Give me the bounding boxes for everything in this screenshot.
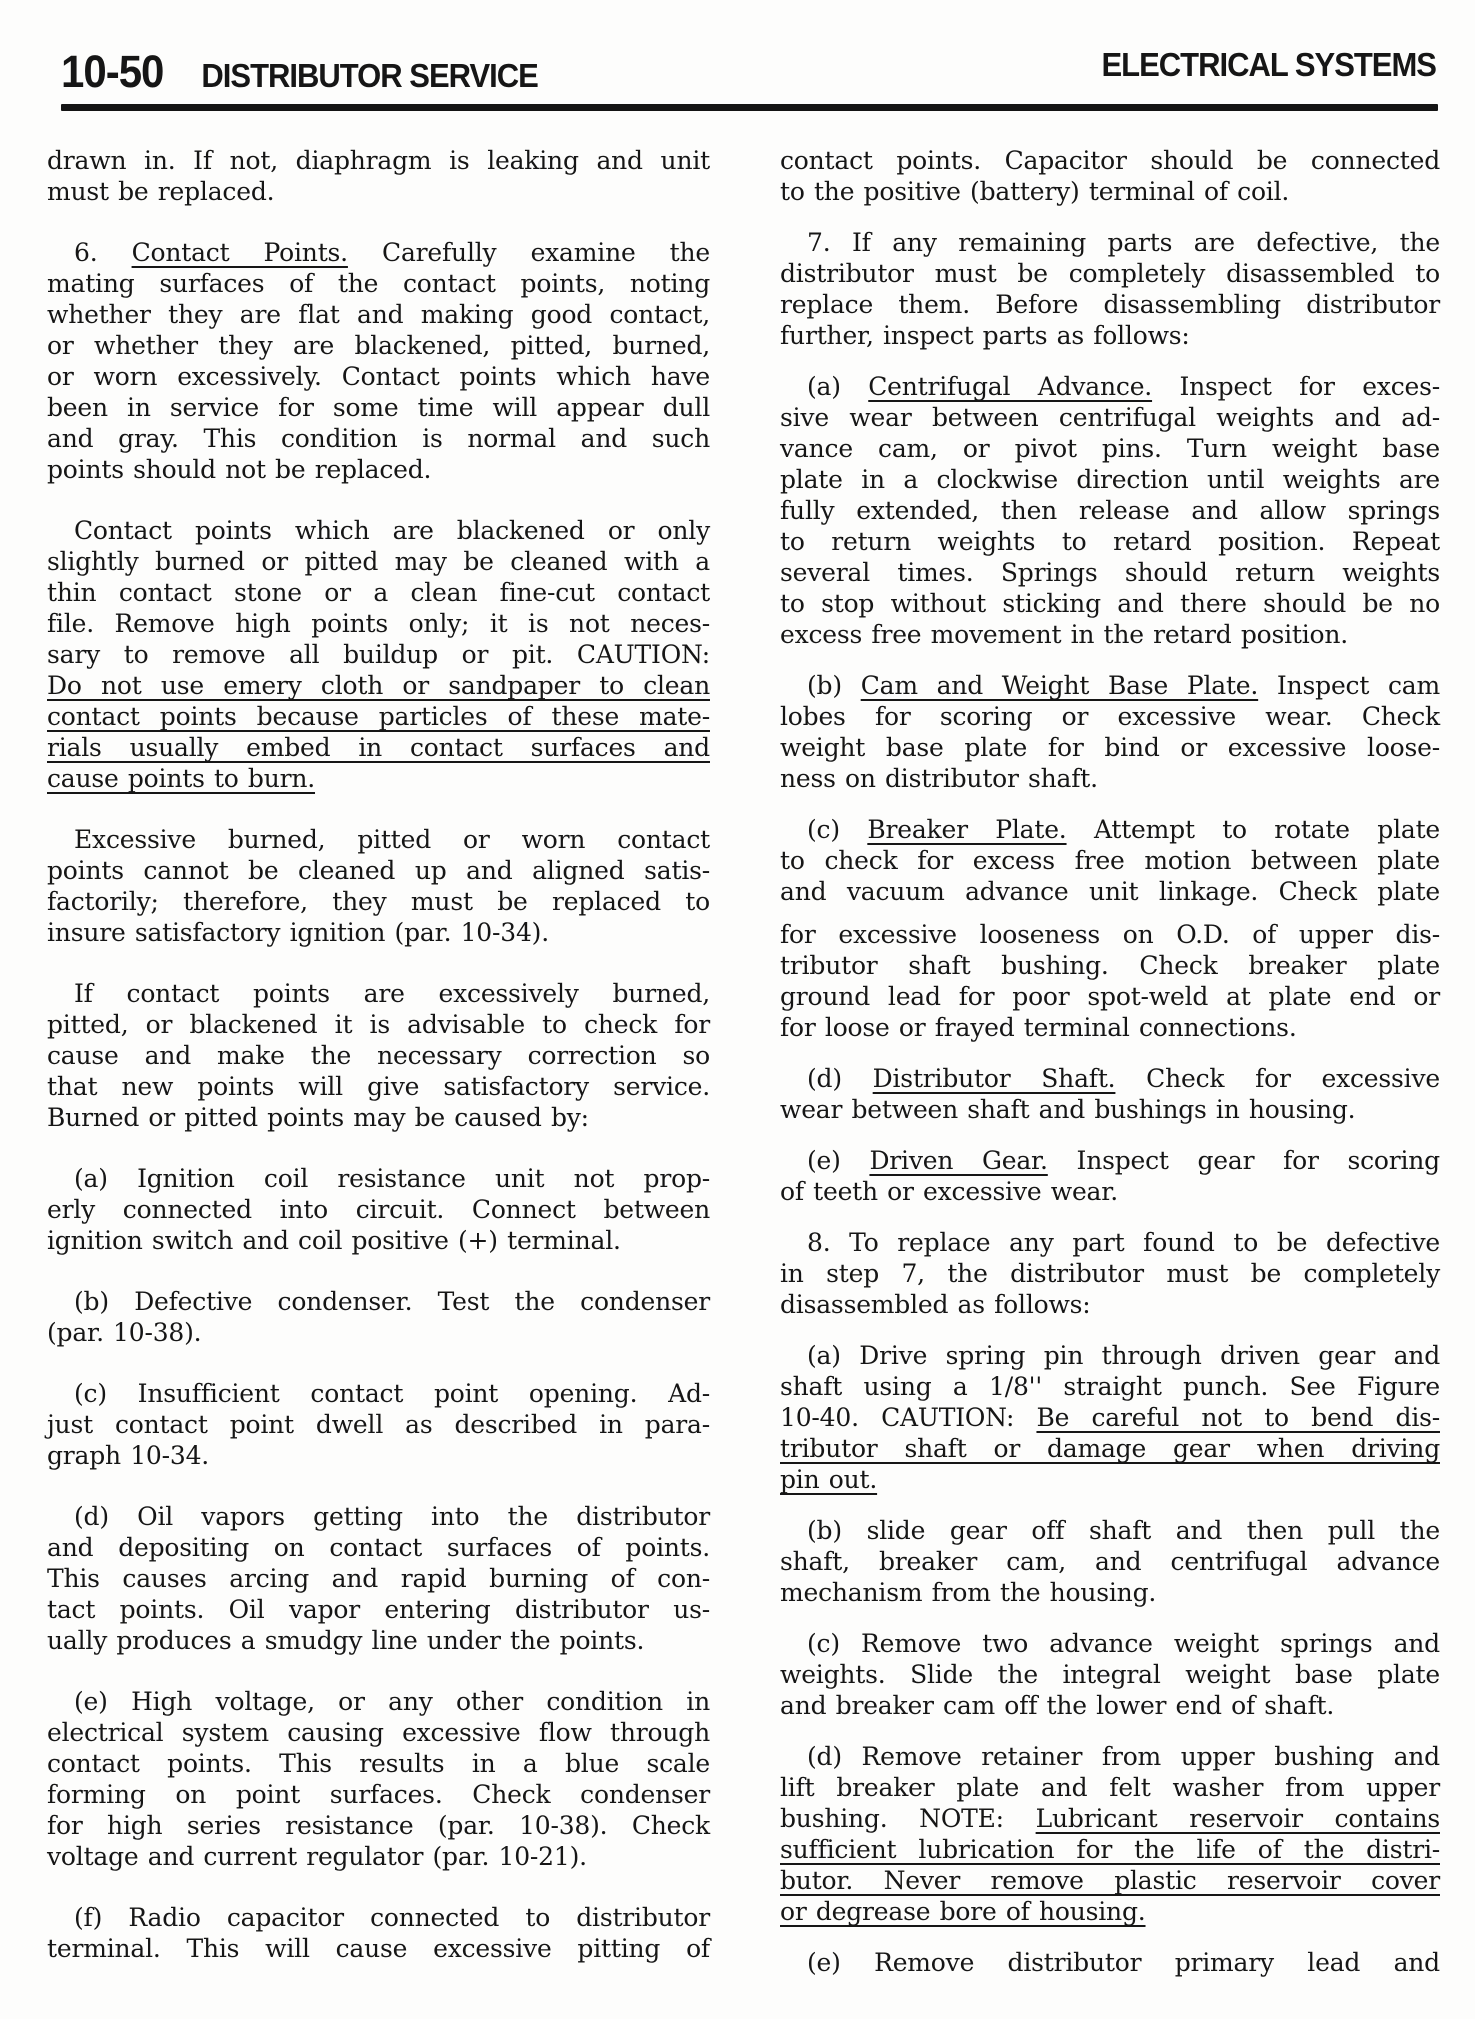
page-body: drawn in. If not, diaphragm is leaking a… [47,145,1440,1978]
paragraph: 6. Contact Points. Carefully examine the… [47,237,710,485]
text-segment: to check for excess free motion between … [780,846,1440,875]
text-line: plate in a clockwise direction until wei… [780,464,1440,495]
text-segment: (f) Radio capacitor connected to distrib… [74,1903,710,1932]
text-line: disassembled as follows: [780,1289,1440,1320]
header-left: 10-50 DISTRIBUTOR SERVICE [61,46,538,98]
underlined-text: Contact Points. [132,238,348,267]
text-line: (c) Breaker Plate. Attempt to rotate pla… [780,814,1440,845]
text-segment: just contact point dwell as described in… [47,1410,710,1439]
text-segment: for high series resistance (par. 10-38).… [47,1811,710,1840]
text-segment: lift breaker plate and felt washer from … [780,1773,1440,1802]
paragraph: (b) Cam and Weight Base Plate. Inspect c… [780,670,1440,794]
paragraph: 7. If any remaining parts are defective,… [780,227,1440,351]
text-line: Burned or pitted points may be caused by… [47,1102,710,1133]
text-line: been in service for some time will appea… [47,392,710,423]
text-line: (d) Distributor Shaft. Check for excessi… [780,1063,1440,1094]
chapter-title: ELECTRICAL SYSTEMS [1101,46,1436,85]
text-line: and gray. This condition is normal and s… [47,423,710,454]
text-segment: (d) [807,1064,873,1093]
text-line: slightly burned or pitted may be cleaned… [47,546,710,577]
text-line: replace them. Before disassembling distr… [780,289,1440,320]
text-segment: If contact points are excessively burned… [74,979,710,1008]
text-line: (a) Centrifugal Advance. Inspect for exc… [780,371,1440,402]
text-segment: (c) [807,815,867,844]
text-line: (b) Cam and Weight Base Plate. Inspect c… [780,670,1440,701]
text-segment: mechanism from the housing. [780,1578,1156,1607]
text-segment: This causes arcing and rapid burning of … [47,1564,710,1593]
text-line: (e) High voltage, or any other condition… [47,1686,710,1717]
text-segment: (b) [807,671,861,700]
text-segment: Carefully examine the [348,238,710,267]
underlined-text: Centrifugal Advance. [868,372,1152,401]
paragraph: (b) Defective condenser. Test the conden… [47,1286,710,1348]
paragraph: (d) Remove retainer from upper bushing a… [780,1741,1440,1927]
text-line: terminal. This will cause excessive pitt… [47,1933,710,1964]
underlined-text: or degrease bore of housing. [780,1897,1146,1926]
text-line: just contact point dwell as described in… [47,1409,710,1440]
text-line: (b) Defective condenser. Test the conden… [47,1286,710,1317]
text-segment: whether they are flat and making good co… [47,300,710,329]
text-segment: shaft using a 1/8'' straight punch. See … [780,1372,1440,1401]
text-line: pitted, or blackened it is advisable to … [47,1009,710,1040]
text-segment: pitted, or blackened it is advisable to … [47,1010,710,1039]
text-line: for high series resistance (par. 10-38).… [47,1810,710,1841]
text-segment: points cannot be cleaned up and aligned … [47,856,710,885]
page-number: 10-50 [61,46,163,98]
text-line: (d) Remove retainer from upper bushing a… [780,1741,1440,1772]
text-line: ground lead for poor spot-weld at plate … [780,981,1440,1012]
text-segment: Inspect cam [1258,671,1440,700]
text-line: ignition switch and coil positive (+) te… [47,1225,710,1256]
text-segment: terminal. This will cause excessive pitt… [47,1934,710,1963]
text-line: fully extended, then release and allow s… [780,495,1440,526]
text-line: for loose or frayed terminal connections… [780,1012,1440,1043]
text-line: weight base plate for bind or excessive … [780,732,1440,763]
underlined-text: Distributor Shaft. [873,1064,1116,1093]
text-segment: that new points will give satisfactory s… [47,1072,710,1101]
text-line: and vacuum advance unit linkage. Check p… [780,876,1440,907]
text-line: whether they are flat and making good co… [47,299,710,330]
paragraph: (c) Insufficient contact point opening. … [47,1378,710,1471]
paragraph: (a) Drive spring pin through driven gear… [780,1340,1440,1495]
text-line: cause points to burn. [47,763,710,794]
text-line: (b) slide gear off shaft and then pull t… [780,1515,1440,1546]
text-segment: further, inspect parts as follows: [780,321,1190,350]
text-line: contact points because particles of thes… [47,701,710,732]
text-line: or degrease bore of housing. [780,1896,1440,1927]
page-header: 10-50 DISTRIBUTOR SERVICE ELECTRICAL SYS… [47,46,1440,98]
paragraph: (f) Radio capacitor connected to distrib… [47,1902,710,1964]
text-segment: (c) Insufficient contact point opening. … [74,1379,710,1408]
text-segment: weight base plate for bind or excessive … [780,733,1440,762]
text-line: mating surfaces of the contact points, n… [47,268,710,299]
paragraph: (e) High voltage, or any other condition… [47,1686,710,1872]
section-title: DISTRIBUTOR SERVICE [201,57,537,96]
text-line: that new points will give satisfactory s… [47,1071,710,1102]
text-segment: and depositing on contact surfaces of po… [47,1533,710,1562]
text-line: drawn in. If not, diaphragm is leaking a… [47,145,710,176]
text-line: lift breaker plate and felt washer from … [780,1772,1440,1803]
text-line: and breaker cam off the lower end of sha… [780,1690,1440,1721]
text-line: further, inspect parts as follows: [780,320,1440,351]
text-segment: Attempt to rotate plate [1067,815,1440,844]
text-segment: and gray. This condition is normal and s… [47,424,710,453]
paragraph: (d) Oil vapors getting into the distribu… [47,1501,710,1656]
text-segment: Inspect gear for scoring [1048,1146,1440,1175]
paragraph: (a) Centrifugal Advance. Inspect for exc… [780,371,1440,650]
text-line: (e) Remove distributor primary lead and [780,1947,1440,1978]
text-line: (a) Drive spring pin through driven gear… [780,1340,1440,1371]
text-line: ness on distributor shaft. [780,763,1440,794]
text-line: electrical system causing excessive flow… [47,1717,710,1748]
text-segment: shaft, breaker cam, and centrifugal adva… [780,1547,1440,1576]
header-rule [61,104,1438,111]
text-line: sary to remove all buildup or pit. CAUTI… [47,639,710,670]
text-segment: slightly burned or pitted may be cleaned… [47,547,710,576]
text-segment: ground lead for poor spot-weld at plate … [780,982,1440,1011]
text-line: wear between shaft and bushings in housi… [780,1094,1440,1125]
text-segment: file. Remove high points only; it is not… [47,609,710,638]
paragraph: 8. To replace any part found to be defec… [780,1227,1440,1320]
text-segment: bushing. NOTE: [780,1804,1036,1833]
text-segment: replace them. Before disassembling distr… [780,290,1440,319]
text-line: shaft using a 1/8'' straight punch. See … [780,1371,1440,1402]
text-segment: ness on distributor shaft. [780,764,1098,793]
text-segment: (e) [807,1146,869,1175]
text-segment: in step 7, the distributor must be compl… [780,1259,1440,1288]
text-segment: and vacuum advance unit linkage. Check p… [780,877,1440,906]
text-line: mechanism from the housing. [780,1577,1440,1608]
manual-page: 10-50 DISTRIBUTOR SERVICE ELECTRICAL SYS… [0,0,1475,2019]
underlined-text: Driven Gear. [869,1146,1047,1175]
text-segment: lobes for scoring or excessive wear. Che… [780,702,1440,731]
text-line: tributor shaft bushing. Check breaker pl… [780,950,1440,981]
text-line: for excessive looseness on O.D. of upper… [780,919,1440,950]
text-segment: (d) Remove retainer from upper bushing a… [807,1742,1440,1771]
text-segment: tributor shaft bushing. Check breaker pl… [780,951,1440,980]
text-line: sive wear between centrifugal weights an… [780,402,1440,433]
text-line: ually produces a smudgy line under the p… [47,1625,710,1656]
text-segment: vance cam, or pivot pins. Turn weight ba… [780,434,1440,463]
text-segment: erly connected into circuit. Connect bet… [47,1195,710,1224]
text-line: of teeth or excessive wear. [780,1176,1440,1207]
paragraph: Excessive burned, pitted or worn contact… [47,824,710,948]
text-segment: of teeth or excessive wear. [780,1177,1118,1206]
text-line: in step 7, the distributor must be compl… [780,1258,1440,1289]
text-line: pin out. [780,1464,1440,1495]
text-line: 7. If any remaining parts are defective,… [780,227,1440,258]
paragraph: (c) Breaker Plate. Attempt to rotate pla… [780,814,1440,907]
text-segment: several times. Springs should return wei… [780,558,1440,587]
text-segment: (e) High voltage, or any other condition… [74,1687,710,1716]
underlined-text: sufficient lubrication for the life of t… [780,1835,1440,1864]
text-segment: (a) [807,372,868,401]
text-segment: for excessive looseness on O.D. of upper… [780,920,1440,949]
text-segment: distributor must be completely disassemb… [780,259,1440,288]
text-segment: 10-40. CAUTION: [780,1403,1036,1432]
text-line: weights. Slide the integral weight base … [780,1659,1440,1690]
text-line: contact points. This results in a blue s… [47,1748,710,1779]
text-line: Contact points which are blackened or on… [47,515,710,546]
text-segment: Contact points which are blackened or on… [74,516,710,545]
paragraph: (e) Remove distributor primary lead and [780,1947,1440,1978]
text-segment: cause and make the necessary correction … [47,1041,710,1070]
text-segment: 7. If any remaining parts are defective,… [807,228,1440,257]
text-segment: graph 10-34. [47,1441,209,1470]
text-segment: must be replaced. [47,177,274,206]
text-line: Do not use emery cloth or sandpaper to c… [47,670,710,701]
text-line: (par. 10-38). [47,1317,710,1348]
text-segment: (b) Defective condenser. Test the conden… [74,1287,710,1316]
text-segment: contact points. This results in a blue s… [47,1749,710,1778]
underlined-text: contact points because particles of thes… [47,702,710,731]
text-segment: (a) Ignition coil resistance unit not pr… [74,1164,710,1193]
underlined-text: rials usually embed in contact surfaces … [47,733,710,762]
text-line: points should not be replaced. [47,454,710,485]
text-line: butor. Never remove plastic reservoir co… [780,1865,1440,1896]
text-segment: contact points. Capacitor should be conn… [780,146,1440,175]
text-segment: insure satisfactory ignition (par. 10-34… [47,918,549,947]
text-line: forming on point surfaces. Check condens… [47,1779,710,1810]
text-segment: to return weights to retard position. Re… [780,527,1440,556]
text-line: (a) Ignition coil resistance unit not pr… [47,1163,710,1194]
text-segment: 6. [74,238,132,267]
text-segment: Burned or pitted points may be caused by… [47,1103,589,1132]
text-line: and depositing on contact surfaces of po… [47,1532,710,1563]
text-line: must be replaced. [47,176,710,207]
text-segment: (e) Remove distributor primary lead and [807,1948,1440,1977]
text-line: or worn excessively. Contact points whic… [47,361,710,392]
text-line: vance cam, or pivot pins. Turn weight ba… [780,433,1440,464]
underlined-text: Breaker Plate. [867,815,1066,844]
text-segment: or whether they are blackened, pitted, b… [47,331,710,360]
underlined-text: butor. Never remove plastic reservoir co… [780,1866,1440,1895]
underlined-text: Do not use emery cloth or sandpaper to c… [47,671,710,700]
text-line: erly connected into circuit. Connect bet… [47,1194,710,1225]
text-line: lobes for scoring or excessive wear. Che… [780,701,1440,732]
text-line: thin contact stone or a clean fine-cut c… [47,577,710,608]
text-segment: Excessive burned, pitted or worn contact [74,825,710,854]
text-line: insure satisfactory ignition (par. 10-34… [47,917,710,948]
text-line: sufficient lubrication for the life of t… [780,1834,1440,1865]
text-line: rials usually embed in contact surfaces … [47,732,710,763]
text-line: (c) Remove two advance weight springs an… [780,1628,1440,1659]
text-segment: wear between shaft and bushings in housi… [780,1095,1355,1124]
text-line: excess free movement in the retard posit… [780,619,1440,650]
text-line: bushing. NOTE: Lubricant reservoir conta… [780,1803,1440,1834]
text-line: points cannot be cleaned up and aligned … [47,855,710,886]
paragraph: (b) slide gear off shaft and then pull t… [780,1515,1440,1608]
text-line: to check for excess free motion between … [780,845,1440,876]
text-line: tributor shaft or damage gear when drivi… [780,1433,1440,1464]
text-segment: 8. To replace any part found to be defec… [807,1228,1440,1257]
text-line: graph 10-34. [47,1440,710,1471]
paragraph: (e) Driven Gear. Inspect gear for scorin… [780,1145,1440,1207]
underlined-text: Lubricant reservoir contains [1036,1804,1440,1833]
text-segment: drawn in. If not, diaphragm is leaking a… [47,146,710,175]
text-segment: excess free movement in the retard posit… [780,620,1348,649]
underlined-text: pin out. [780,1465,877,1494]
paragraph: (c) Remove two advance weight springs an… [780,1628,1440,1721]
text-segment: fully extended, then release and allow s… [780,496,1440,525]
text-line: (e) Driven Gear. Inspect gear for scorin… [780,1145,1440,1176]
text-line: tact points. Oil vapor entering distribu… [47,1594,710,1625]
text-line: several times. Springs should return wei… [780,557,1440,588]
text-segment: Inspect for exces- [1152,372,1440,401]
paragraph: for excessive looseness on O.D. of upper… [780,919,1440,1043]
underlined-text: cause points to burn. [47,764,315,793]
text-segment: or worn excessively. Contact points whic… [47,362,710,391]
underlined-text: tributor shaft or damage gear when drivi… [780,1434,1440,1463]
text-segment: and breaker cam off the lower end of sha… [780,1691,1334,1720]
text-segment: to stop without sticking and there shoul… [780,589,1440,618]
text-segment: sary to remove all buildup or pit. CAUTI… [47,640,710,669]
text-line: (c) Insufficient contact point opening. … [47,1378,710,1409]
text-line: or whether they are blackened, pitted, b… [47,330,710,361]
text-segment: to the positive (battery) terminal of co… [780,177,1289,206]
text-segment: factorily; therefore, they must be repla… [47,887,710,916]
left-column: drawn in. If not, diaphragm is leaking a… [47,145,710,1978]
text-segment: (d) Oil vapors getting into the distribu… [74,1502,710,1531]
text-line: This causes arcing and rapid burning of … [47,1563,710,1594]
text-line: shaft, breaker cam, and centrifugal adva… [780,1546,1440,1577]
paragraph: (d) Distributor Shaft. Check for excessi… [780,1063,1440,1125]
text-segment: points should not be replaced. [47,455,431,484]
paragraph: If contact points are excessively burned… [47,978,710,1133]
text-line: If contact points are excessively burned… [47,978,710,1009]
text-line: cause and make the necessary correction … [47,1040,710,1071]
text-line: (d) Oil vapors getting into the distribu… [47,1501,710,1532]
text-segment: thin contact stone or a clean fine-cut c… [47,578,710,607]
text-line: voltage and current regulator (par. 10-2… [47,1841,710,1872]
paragraph: drawn in. If not, diaphragm is leaking a… [47,145,710,207]
paragraph: (a) Ignition coil resistance unit not pr… [47,1163,710,1256]
text-segment: plate in a clockwise direction until wei… [780,465,1440,494]
text-segment: for loose or frayed terminal connections… [780,1013,1297,1042]
text-segment: disassembled as follows: [780,1290,1091,1319]
text-segment: sive wear between centrifugal weights an… [780,403,1440,432]
paragraph: contact points. Capacitor should be conn… [780,145,1440,207]
text-segment: (b) slide gear off shaft and then pull t… [807,1516,1440,1545]
text-segment: Check for excessive [1115,1064,1440,1093]
text-line: (f) Radio capacitor connected to distrib… [47,1902,710,1933]
text-segment: weights. Slide the integral weight base … [780,1660,1440,1689]
text-segment: mating surfaces of the contact points, n… [47,269,710,298]
text-line: distributor must be completely disassemb… [780,258,1440,289]
text-segment: forming on point surfaces. Check condens… [47,1780,710,1809]
text-segment: ually produces a smudgy line under the p… [47,1626,644,1655]
text-line: to return weights to retard position. Re… [780,526,1440,557]
right-column: contact points. Capacitor should be conn… [780,145,1440,1978]
text-segment: voltage and current regulator (par. 10-2… [47,1842,587,1871]
text-segment: tact points. Oil vapor entering distribu… [47,1595,710,1624]
underlined-text: Be careful not to bend dis- [1036,1403,1440,1432]
text-segment: electrical system causing excessive flow… [47,1718,710,1747]
text-line: contact points. Capacitor should be conn… [780,145,1440,176]
paragraph: Contact points which are blackened or on… [47,515,710,794]
text-segment: been in service for some time will appea… [47,393,710,422]
text-line: file. Remove high points only; it is not… [47,608,710,639]
text-segment: (par. 10-38). [47,1318,201,1347]
text-segment: (c) Remove two advance weight springs an… [807,1629,1440,1658]
text-segment: ignition switch and coil positive (+) te… [47,1226,621,1255]
text-line: factorily; therefore, they must be repla… [47,886,710,917]
text-line: Excessive burned, pitted or worn contact [47,824,710,855]
text-line: to the positive (battery) terminal of co… [780,176,1440,207]
text-line: 6. Contact Points. Carefully examine the [47,237,710,268]
text-line: 8. To replace any part found to be defec… [780,1227,1440,1258]
text-line: 10-40. CAUTION: Be careful not to bend d… [780,1402,1440,1433]
text-segment: (a) Drive spring pin through driven gear… [807,1341,1440,1370]
text-line: to stop without sticking and there shoul… [780,588,1440,619]
underlined-text: Cam and Weight Base Plate. [861,671,1258,700]
